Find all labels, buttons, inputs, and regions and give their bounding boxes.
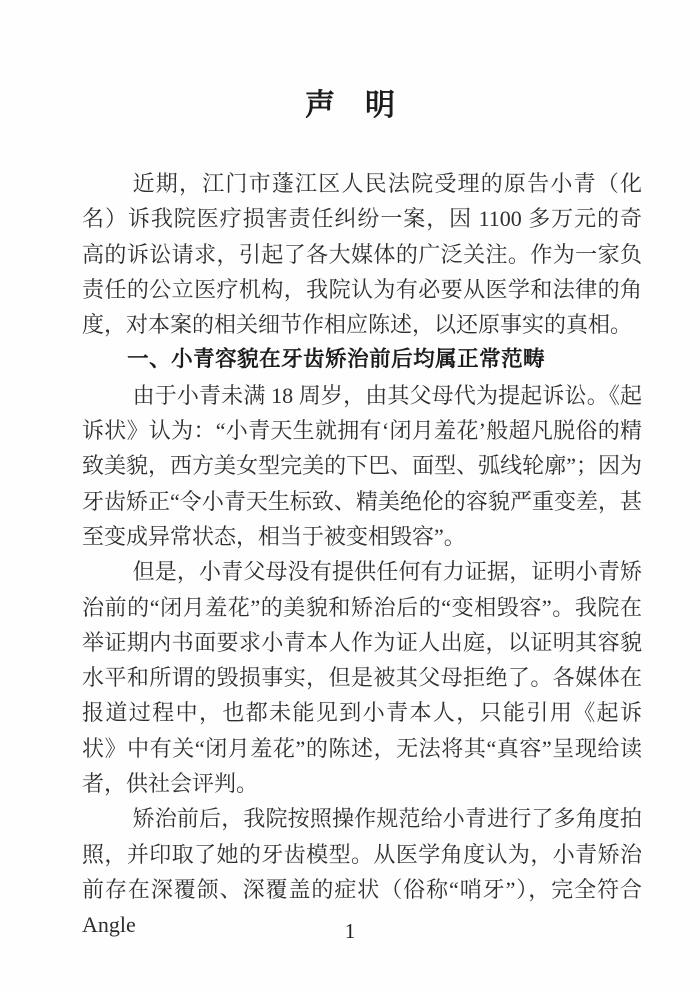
- document-page: 声 明 近期，江门市蓬江区人民法院受理的原告小青（化名）诉我院医疗损害责任纠纷一…: [0, 0, 700, 990]
- section-heading-1: 一、小青容貌在牙齿矫治前后均属正常范畴: [82, 342, 642, 377]
- document-body: 近期，江门市蓬江区人民法院受理的原告小青（化名）诉我院医疗损害责任纠纷一案，因 …: [82, 166, 642, 943]
- paragraph-intro: 近期，江门市蓬江区人民法院受理的原告小青（化名）诉我院医疗损害责任纠纷一案，因 …: [82, 166, 642, 342]
- paragraph-no-evidence: 但是，小青父母没有提供任何有力证据，证明小青矫治前的“闭月羞花”的美貌和矫治后的…: [82, 554, 642, 801]
- paragraph-lawsuit-claims: 由于小青未满 18 周岁，由其父母代为提起诉讼。《起诉状》认为：“小青天生就拥有…: [82, 378, 642, 554]
- page-number: 1: [0, 918, 700, 944]
- document-title: 声 明: [0, 88, 700, 124]
